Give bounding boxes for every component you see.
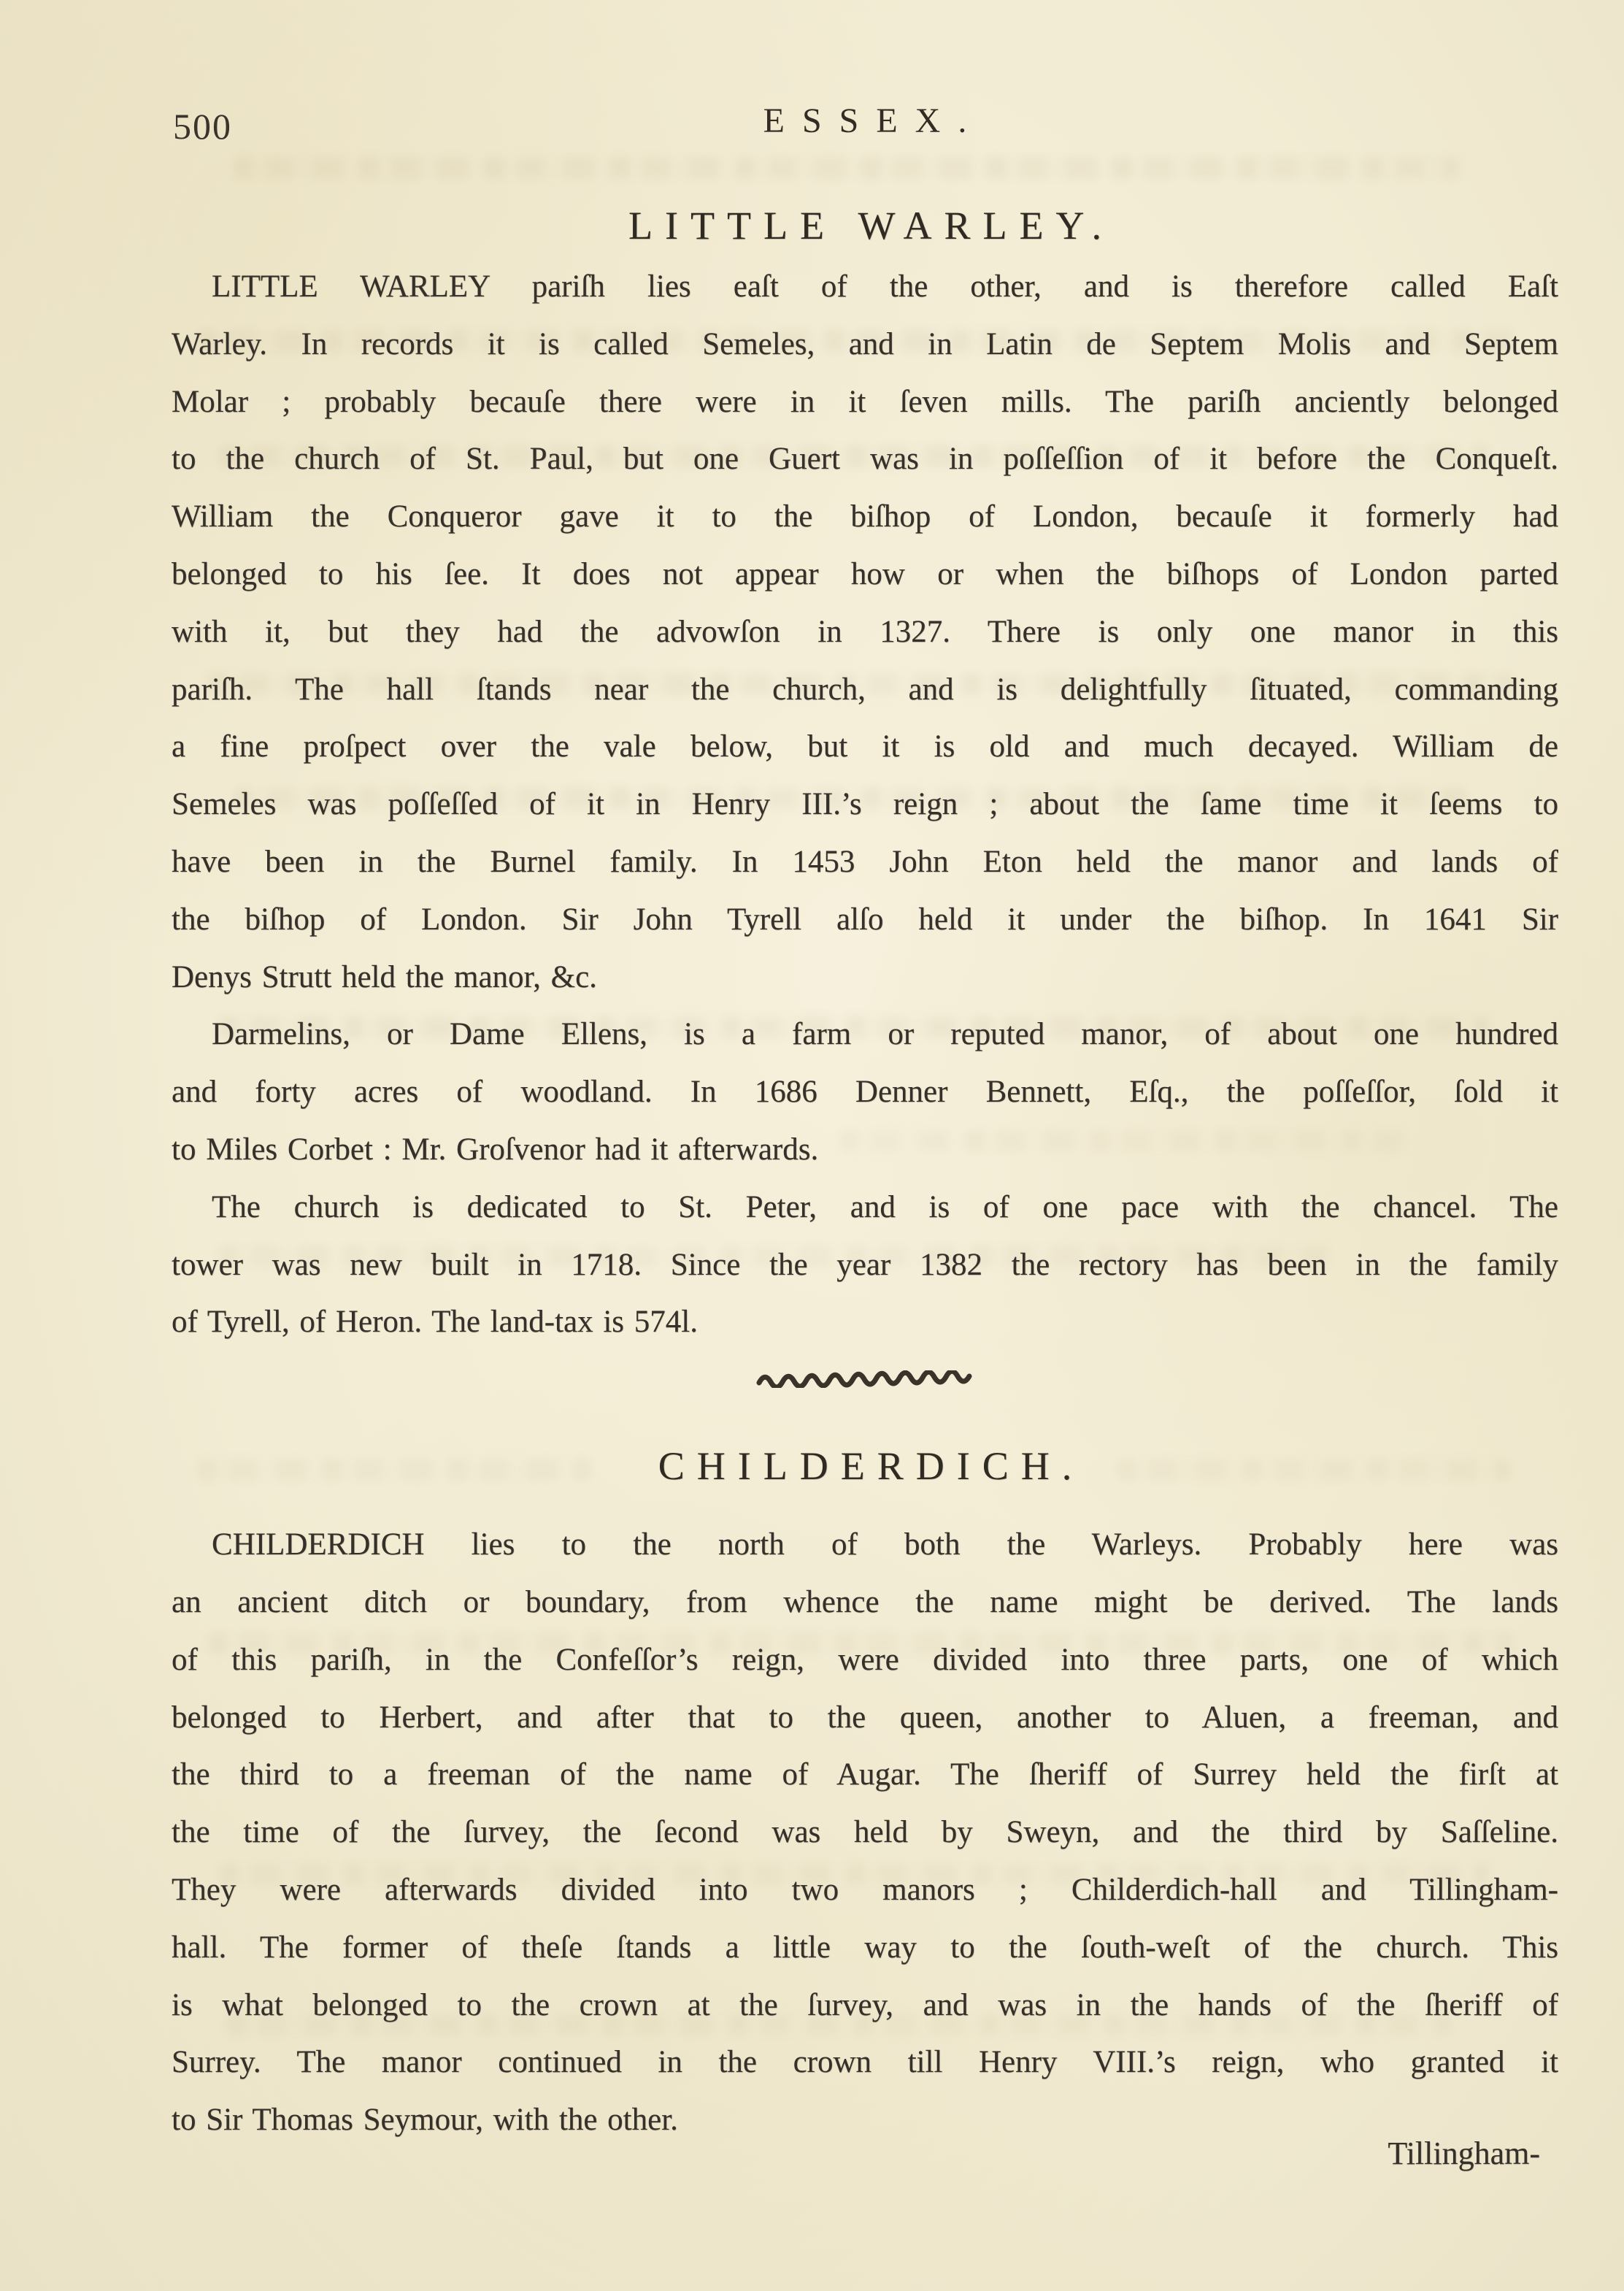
text-line: William the Conqueror gave it to the biſ…: [172, 488, 1558, 546]
text-line: is what belonged to the crown at the ſur…: [172, 1977, 1558, 2035]
text-line: have been in the Burnel family. In 1453 …: [172, 834, 1558, 891]
book-page: 500 ESSEX. LITTLE WARLEY.LITTLE WARLEY p…: [0, 0, 1624, 2291]
text-line: the biſhop of London. Sir John Tyrell al…: [172, 891, 1558, 949]
text-line: and forty acres of woodland. In 1686 Den…: [172, 1064, 1558, 1121]
text-line: Warley. In records it is called Semeles,…: [172, 316, 1558, 374]
wavy-rule-divider: [755, 1370, 974, 1388]
text-line: belonged to his ſee. It does not appear …: [172, 546, 1558, 604]
text-line: a fine proſpect over the vale below, but…: [172, 718, 1558, 776]
text-line: belonged to Herbert, and after that to t…: [172, 1689, 1558, 1747]
paragraph: Darmelins, or Dame Ellens, is a farm or …: [172, 1006, 1558, 1178]
text-line: the time of the ſurvey, the ſecond was h…: [172, 1804, 1558, 1862]
running-head: ESSEX.: [172, 104, 1558, 139]
text-line: hall. The former of theſe ſtands a littl…: [172, 1919, 1558, 1977]
text-line: of this pariſh, in the Confeſſor’s reign…: [172, 1632, 1558, 1689]
text-line: pariſh. The hall ſtands near the church,…: [172, 661, 1558, 719]
text-block: LITTLE WARLEY.LITTLE WARLEY pariſh lies …: [172, 203, 1558, 2149]
text-line: LITTLE WARLEY pariſh lies eaſt of the ot…: [172, 258, 1558, 316]
section-heading: CHILDERDICH.: [172, 1443, 1558, 1489]
text-line: an ancient ditch or boundary, from whenc…: [172, 1574, 1558, 1632]
text-line: to Sir Thomas Seymour, with the other.: [172, 2092, 1558, 2149]
text-line: CHILDERDICH lies to the north of both th…: [172, 1516, 1558, 1574]
text-line: Molar ; probably becauſe there were in i…: [172, 374, 1558, 431]
text-line: Semeles was poſſeſſed of it in Henry III…: [172, 776, 1558, 834]
paragraph: LITTLE WARLEY pariſh lies eaſt of the ot…: [172, 258, 1558, 1006]
text-line: Darmelins, or Dame Ellens, is a farm or …: [172, 1006, 1558, 1064]
text-line: the third to a freeman of the name of Au…: [172, 1746, 1558, 1804]
text-line: Denys Strutt held the manor, &c.: [172, 949, 1558, 1007]
text-line: to the church of St. Paul, but one Guert…: [172, 431, 1558, 488]
text-line: of Tyrell, of Heron. The land-tax is 574…: [172, 1294, 1558, 1351]
text-block-container: 500 ESSEX. LITTLE WARLEY.LITTLE WARLEY p…: [172, 0, 1558, 2149]
text-line: The church is dedicated to St. Peter, an…: [172, 1179, 1558, 1237]
text-line: tower was new built in 1718. Since the y…: [172, 1237, 1558, 1294]
text-line: with it, but they had the advowſon in 13…: [172, 604, 1558, 661]
text-line: to Miles Corbet : Mr. Groſvenor had it a…: [172, 1121, 1558, 1179]
section-heading: LITTLE WARLEY.: [172, 203, 1558, 248]
paragraph: CHILDERDICH lies to the north of both th…: [172, 1516, 1558, 2149]
text-line: They were afterwards divided into two ma…: [172, 1862, 1558, 1919]
catchword: Tillingham-: [1388, 2135, 1540, 2173]
text-line: Surrey. The manor continued in the crown…: [172, 2034, 1558, 2092]
paragraph: The church is dedicated to St. Peter, an…: [172, 1179, 1558, 1351]
